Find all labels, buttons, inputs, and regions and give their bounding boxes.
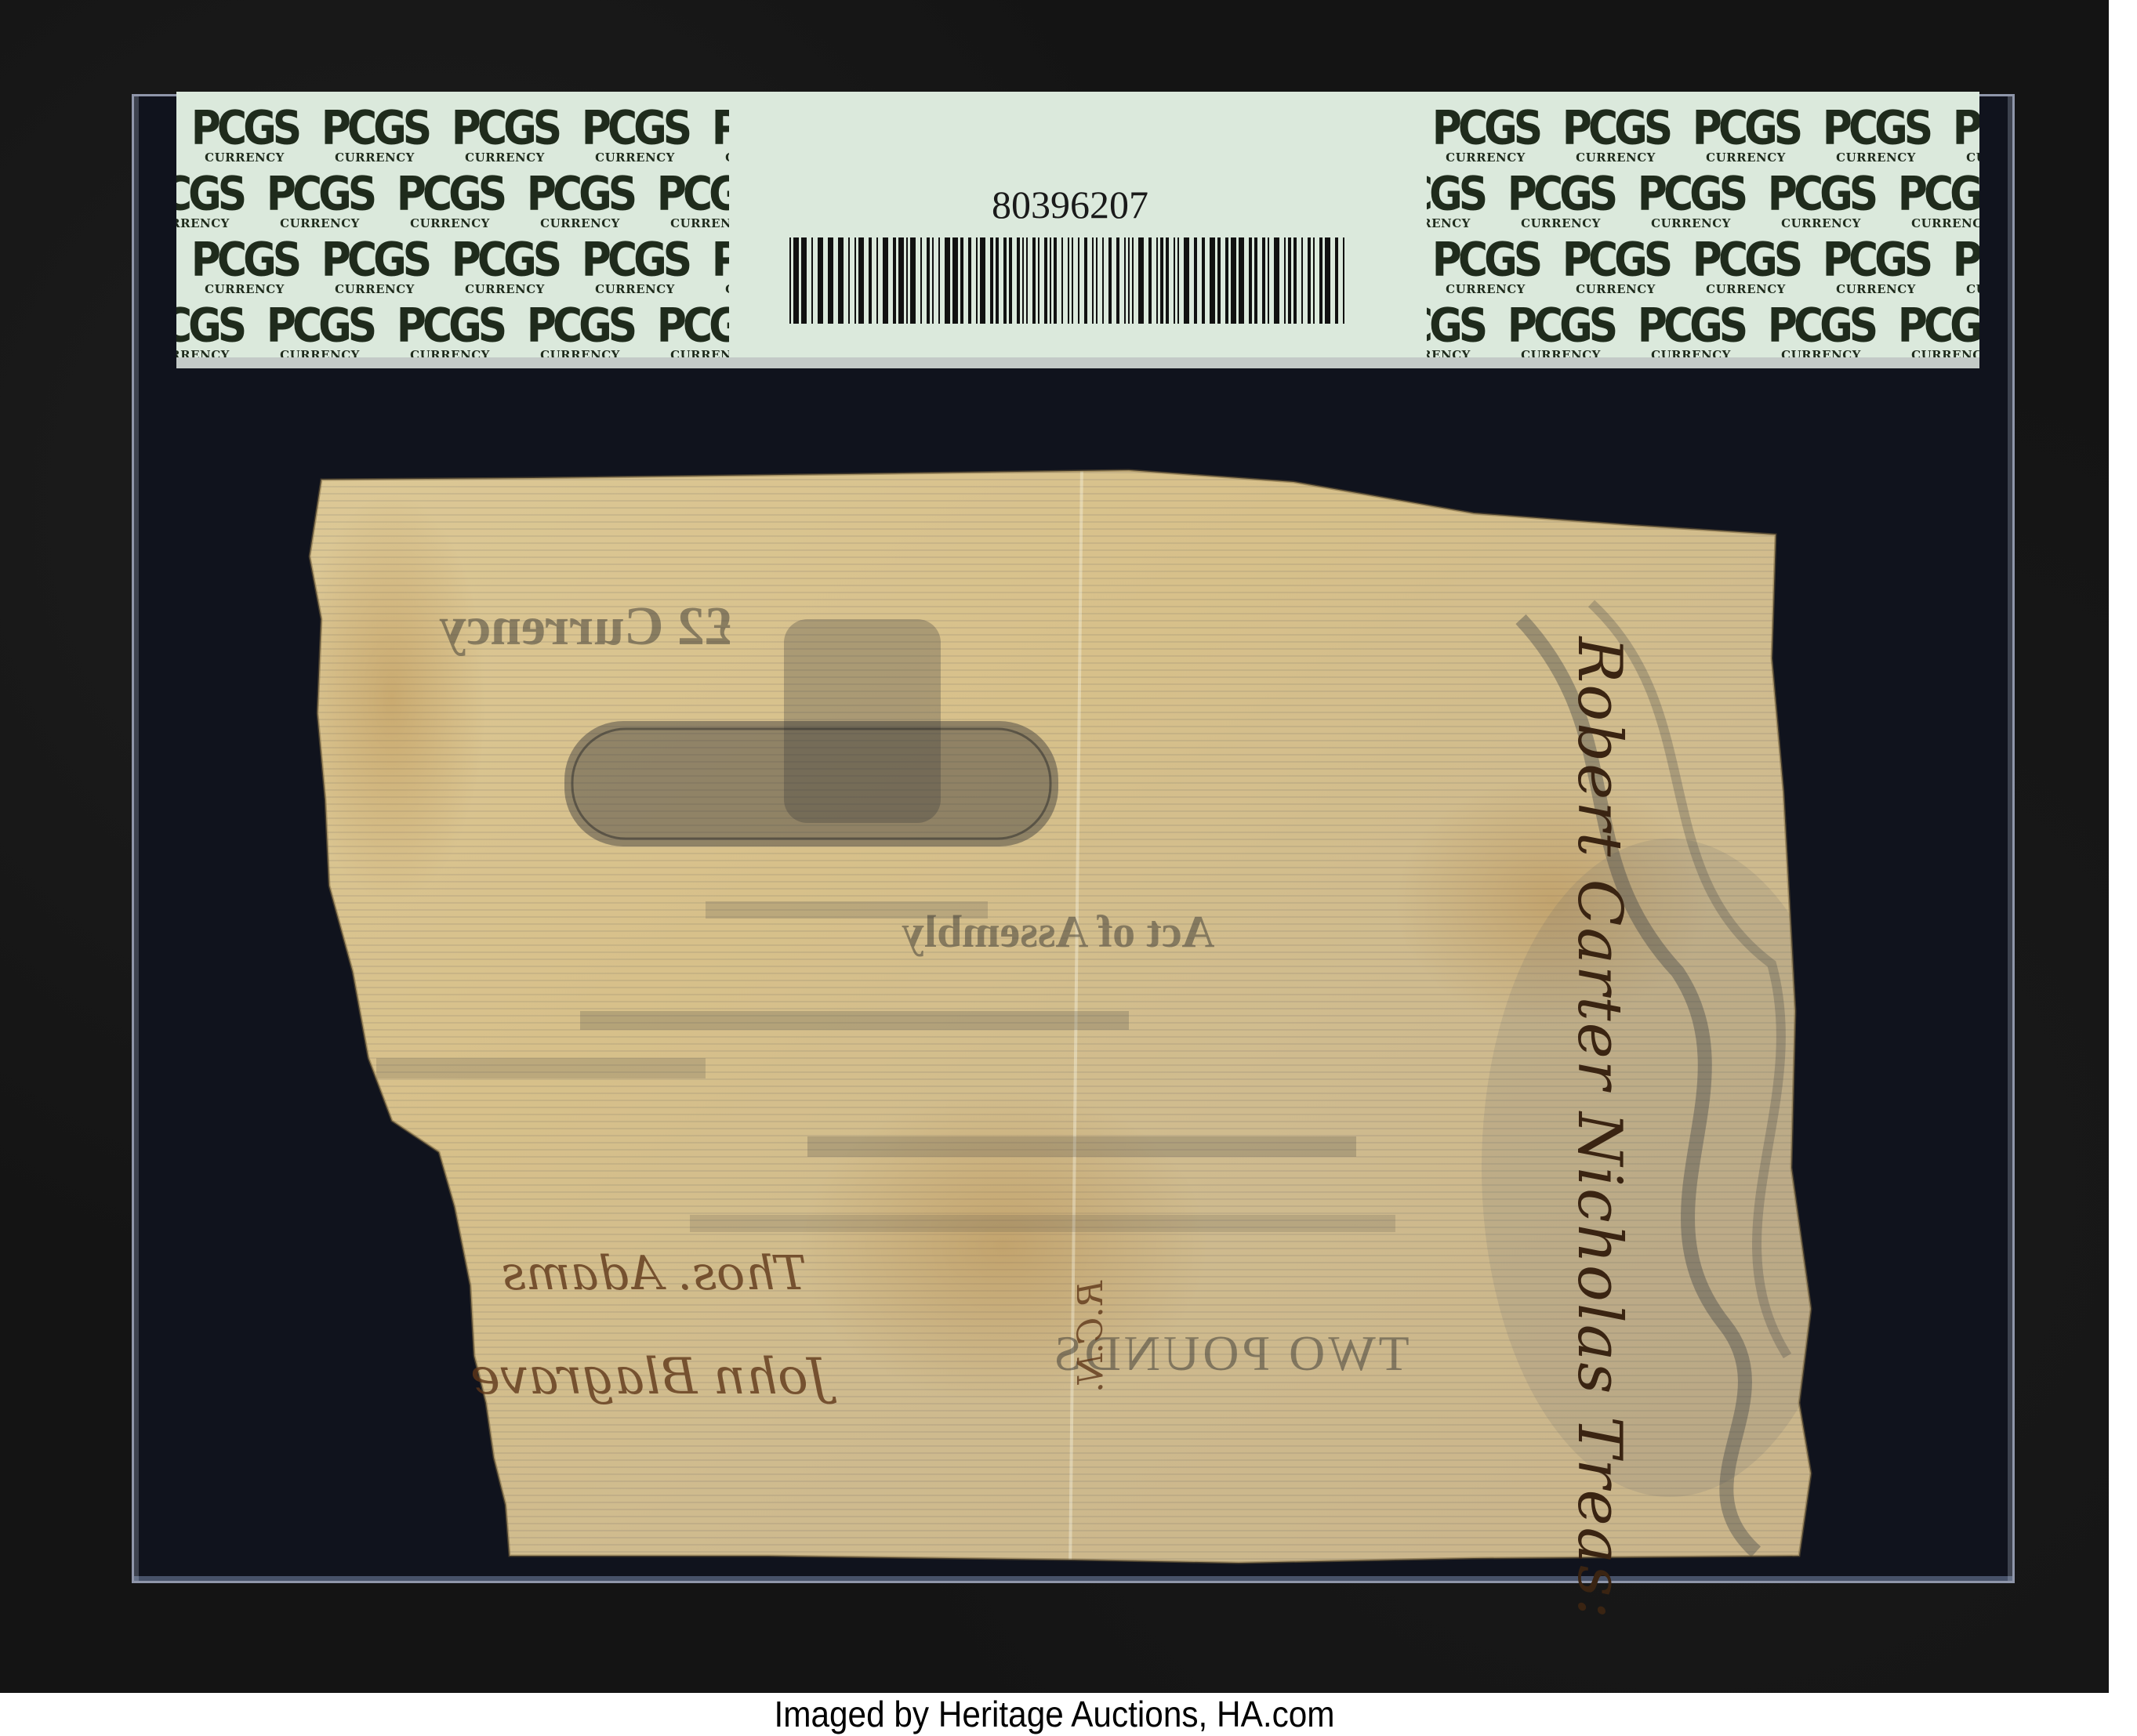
grader-logo-mark: PCGS — [1898, 171, 1979, 218]
grader-logo-mark: PCGS — [582, 237, 688, 284]
grader-logo: PCGSCURRENCY — [1687, 103, 1805, 169]
grader-logo-mark: PCGS — [712, 105, 729, 152]
grader-logo: PCGSCURRENCY — [1687, 234, 1805, 300]
grader-logo: PCGSCURRENCY — [1947, 234, 1979, 300]
grader-logo: PCGSCURRENCY — [576, 234, 694, 300]
serial-number: 80396207 — [784, 182, 1356, 227]
treasurer-signature: Robert Carter Nicholas Treas: — [1564, 752, 1634, 1505]
grader-logo-mark: PCGS — [657, 303, 729, 350]
grader-logo-mark: PCGS — [191, 237, 298, 284]
grader-logo-mark: PCGS — [582, 105, 688, 152]
treasurer-signature-text: Robert Carter Nicholas Treas: — [1564, 637, 1634, 1621]
grader-logo: PCGSCURRENCY — [521, 169, 639, 234]
grader-logo: PCGSCURRENCY — [1557, 103, 1674, 169]
grader-logo-mark: PCGS — [1432, 105, 1539, 152]
grader-logo: PCGSCURRENCY — [316, 234, 434, 300]
grader-logo: PCGSCURRENCY — [316, 103, 434, 169]
grader-logo-mark: PCGS — [1898, 303, 1979, 350]
grader-logo: PCGSCURRENCY — [1892, 169, 1979, 234]
grader-logo: PCGSCURRENCY — [1502, 169, 1620, 234]
grader-logo: PCGSCURRENCY — [651, 300, 729, 357]
grader-logo: PCGSCURRENCY — [1427, 169, 1489, 234]
grader-logo: PCGSCURRENCY — [1427, 300, 1489, 357]
grader-logo: PCGSCURRENCY — [186, 234, 303, 300]
grader-logo-mark: PCGS — [452, 105, 558, 152]
grader-logo: PCGSCURRENCY — [391, 169, 509, 234]
grader-logo-mark: PCGS — [1638, 303, 1744, 350]
grader-logo: PCGSCURRENCY — [391, 300, 509, 357]
grader-logo-mark: PCGS — [321, 105, 428, 152]
grader-logo-mark: PCGS — [1768, 303, 1874, 350]
grader-logo-mark: PCGS — [1508, 303, 1614, 350]
grading-label: PCGSCURRENCYPCGSCURRENCYPCGSCURRENCYPCGS… — [176, 92, 1979, 368]
grader-logo-mark: PCGS — [267, 303, 373, 350]
grader-logo-mark: PCGS — [1432, 237, 1539, 284]
grader-logo: PCGSCURRENCY — [176, 169, 249, 234]
grader-logo-mark: PCGS — [176, 171, 243, 218]
grader-logo-mark: PCGS — [1693, 105, 1799, 152]
grader-logo: PCGSCURRENCY — [1427, 103, 1544, 169]
grader-logo: PCGSCURRENCY — [706, 234, 729, 300]
grader-logo: PCGSCURRENCY — [1762, 300, 1880, 357]
grader-logo-mark: PCGS — [527, 303, 633, 350]
currency-text-mirrored: £2 Currency — [439, 596, 732, 658]
grader-logo: PCGSCURRENCY — [651, 169, 729, 234]
grader-logo: PCGSCURRENCY — [1557, 234, 1674, 300]
grader-logo-mark: PCGS — [527, 171, 633, 218]
grader-logo: PCGSCURRENCY — [1892, 300, 1979, 357]
grader-logo-mark: PCGS — [1953, 105, 1979, 152]
act-of-assembly-mirrored: Act of Assembly — [902, 905, 1215, 958]
grader-logo: PCGSCURRENCY — [176, 300, 249, 357]
grader-logo-mark: PCGS — [1562, 105, 1669, 152]
grader-logo-mark: PCGS — [1638, 171, 1744, 218]
grader-logo-mark: PCGS — [1693, 237, 1799, 284]
grader-logo: PCGSCURRENCY — [706, 103, 729, 169]
logo-pattern-left: PCGSCURRENCYPCGSCURRENCYPCGSCURRENCYPCGS… — [176, 92, 729, 357]
signature-left-1: Thos. Adams — [502, 1246, 807, 1301]
grader-logo-mark: PCGS — [321, 237, 428, 284]
grader-logo-mark: PCGS — [176, 303, 243, 350]
grader-logo-mark: PCGS — [1768, 171, 1874, 218]
grader-logo-mark: PCGS — [657, 171, 729, 218]
grader-logo: PCGSCURRENCY — [446, 234, 564, 300]
grader-logo-mark: PCGS — [1823, 237, 1929, 284]
grader-logo: PCGSCURRENCY — [1427, 234, 1544, 300]
grader-logo-mark: PCGS — [712, 237, 729, 284]
grader-logo: PCGSCURRENCY — [1947, 103, 1979, 169]
grader-logo-mark: PCGS — [1823, 105, 1929, 152]
grader-logo: PCGSCURRENCY — [1817, 103, 1935, 169]
barcode-icon — [789, 237, 1351, 324]
grader-logo-mark: PCGS — [397, 171, 503, 218]
grader-logo-mark: PCGS — [1427, 303, 1484, 350]
logo-pattern-right: PCGSCURRENCYPCGSCURRENCYPCGSCURRENCYPCGS… — [1427, 92, 1979, 357]
signature-left-2: John Blagrave — [470, 1348, 828, 1406]
grader-logo: PCGSCURRENCY — [1817, 234, 1935, 300]
grader-logo: PCGSCURRENCY — [1502, 300, 1620, 357]
grader-logo-mark: PCGS — [1427, 171, 1484, 218]
grader-logo-mark: PCGS — [267, 171, 373, 218]
grader-logo-mark: PCGS — [397, 303, 503, 350]
grader-logo: PCGSCURRENCY — [446, 103, 564, 169]
grader-logo-mark: PCGS — [1562, 237, 1669, 284]
grader-logo: PCGSCURRENCY — [261, 169, 379, 234]
grader-logo: PCGSCURRENCY — [521, 300, 639, 357]
grader-logo: PCGSCURRENCY — [1632, 169, 1750, 234]
grader-logo: PCGSCURRENCY — [576, 103, 694, 169]
grader-logo-mark: PCGS — [1508, 171, 1614, 218]
grader-logo-mark: PCGS — [191, 105, 298, 152]
grader-logo: PCGSCURRENCY — [186, 103, 303, 169]
grader-logo: PCGSCURRENCY — [261, 300, 379, 357]
initials: R.C.N. — [1071, 1281, 1111, 1393]
grader-logo: PCGSCURRENCY — [1762, 169, 1880, 234]
image-credit-caption: Imaged by Heritage Auctions, HA.com — [85, 1693, 2025, 1736]
grader-logo-mark: PCGS — [1953, 237, 1979, 284]
grader-logo-mark: PCGS — [452, 237, 558, 284]
grader-logo: PCGSCURRENCY — [1632, 300, 1750, 357]
